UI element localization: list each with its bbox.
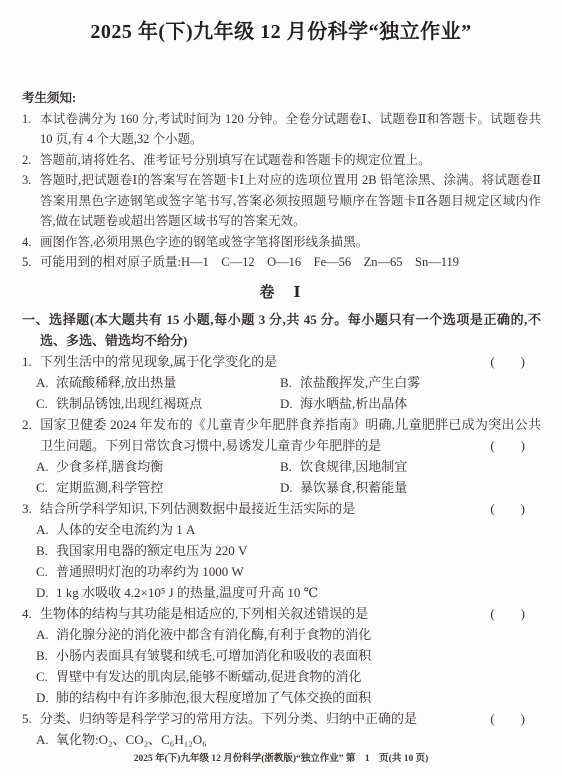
option-text: 胃壁中有发达的肌肉层,能够不断蠕动,促进食物的消化 <box>56 669 362 684</box>
option-label: D. <box>280 393 300 414</box>
option-label: A. <box>36 624 56 645</box>
option-label: A. <box>36 729 56 750</box>
question-stem: 生物体的结构与其功能是相适应的,下列相关叙述错误的是 <box>40 606 368 621</box>
answer-bracket: ( ) <box>490 603 525 624</box>
notice-item-number: 2. <box>22 150 40 171</box>
option-text: 铁制品锈蚀,出现红褐斑点 <box>56 396 202 411</box>
notice-item-text: 答题时,把试题卷Ⅰ的答案写在答题卡Ⅰ上对应的选项位置用 2B 铅笔涂黑、涂满。将… <box>40 170 541 232</box>
option-label: C. <box>36 561 56 582</box>
notice-item: 3. 答题时,把试题卷Ⅰ的答案写在答题卡Ⅰ上对应的选项位置用 2B 铅笔涂黑、涂… <box>22 170 541 232</box>
option-label: D. <box>36 582 56 603</box>
option: A.人体的安全电流约为 1 A <box>36 519 541 540</box>
answer-bracket: ( ) <box>490 708 525 729</box>
question-block: 3.结合所学科学知识,下列估测数据中最接近生活实际的是 ( ) A.人体的安全电… <box>22 498 541 603</box>
option: B.小肠内表面具有皱襞和绒毛,可增加消化和吸收的表面积 <box>36 645 541 666</box>
option-text: 氧化物:O₂、CO₂、C₆H₁₂O₆ <box>56 732 207 747</box>
page-footer: 2025 年(下)九年级 12 月份科学(浙教版)“独立作业” 第 1 页(共 … <box>0 750 562 764</box>
notice-item: 2. 答题前,请将姓名、准考证号分别填写在试题卷和答题卡的规定位置上。 <box>22 150 541 171</box>
candidate-notice: 考生须知: 1. 本试卷满分为 160 分,考试时间为 120 分钟。全卷分试题… <box>22 88 541 273</box>
option-label: A. <box>36 372 56 393</box>
question-number: 4. <box>22 603 40 624</box>
notice-item-text: 画图作答,必须用黑色字迹的钢笔或签字笔将图形线条描黑。 <box>40 232 541 253</box>
option-label: B. <box>280 456 300 477</box>
option-text: 普通照明灯泡的功率约为 1000 W <box>56 564 244 579</box>
option-text: 暴饮暴食,积蓄能量 <box>300 480 407 495</box>
question-stem-row: 1.下列生活中的常见现象,属于化学变化的是 ( ) <box>22 351 541 372</box>
question-stem-row: 4.生物体的结构与其功能是相适应的,下列相关叙述错误的是 ( ) <box>22 603 541 624</box>
option: C.铁制品锈蚀,出现红褐斑点 <box>36 393 280 414</box>
option-text: 少食多样,膳食均衡 <box>56 459 163 474</box>
option-text: 定期监测,科学管控 <box>56 480 163 495</box>
options-grid: A.浓硫酸稀释,放出热量 B.浓盐酸挥发,产生白雾 C.铁制品锈蚀,出现红褐斑点… <box>22 372 541 414</box>
answer-bracket: ( ) <box>490 351 525 372</box>
question-number: 3. <box>22 498 40 519</box>
notice-item-number: 3. <box>22 170 40 232</box>
question-block: 4.生物体的结构与其功能是相适应的,下列相关叙述错误的是 ( ) A.消化腺分泌… <box>22 603 541 708</box>
options-list: A.人体的安全电流约为 1 A B.我国家用电器的额定电压为 220 V C.普… <box>22 519 541 603</box>
notice-item-text: 本试卷满分为 160 分,考试时间为 120 分钟。全卷分试题卷Ⅰ、试题卷Ⅱ和答… <box>40 109 541 150</box>
option-label: C. <box>36 477 56 498</box>
option-text: 海水晒盐,析出晶体 <box>300 396 407 411</box>
option-text: 小肠内表面具有皱襞和绒毛,可增加消化和吸收的表面积 <box>56 648 371 663</box>
option-label: B. <box>280 372 300 393</box>
option: A.氧化物:O₂、CO₂、C₆H₁₂O₆ <box>36 729 541 750</box>
notice-item: 5. 可能用到的相对原子质量:H—1 C—12 O—16 Fe—56 Zn—65… <box>22 252 541 273</box>
notice-item-number: 1. <box>22 109 40 150</box>
part-title: 卷 Ⅰ <box>0 281 562 302</box>
question-number: 5. <box>22 708 40 729</box>
option: C.定期监测,科学管控 <box>36 477 280 498</box>
option: B.我国家用电器的额定电压为 220 V <box>36 540 541 561</box>
question-stem: 结合所学科学知识,下列估测数据中最接近生活实际的是 <box>40 501 355 516</box>
option-text: 浓盐酸挥发,产生白雾 <box>300 375 420 390</box>
question-stem: 下列生活中的常见现象,属于化学变化的是 <box>40 354 277 369</box>
option-text: 我国家用电器的额定电压为 220 V <box>56 543 247 558</box>
question-stem: 分类、归纳等是科学学习的常用方法。下列分类、归纳中正确的是 <box>40 711 417 726</box>
option-text: 人体的安全电流约为 1 A <box>56 522 195 537</box>
option: C.胃壁中有发达的肌肉层,能够不断蠕动,促进食物的消化 <box>36 666 541 687</box>
option-text: 浓硫酸稀释,放出热量 <box>56 375 176 390</box>
page-title: 2025 年(下)九年级 12 月份科学“独立作业” <box>0 0 562 44</box>
options-list: A.消化腺分泌的消化液中都含有消化酶,有利于食物的消化 B.小肠内表面具有皱襞和… <box>22 624 541 708</box>
option-label: B. <box>36 540 56 561</box>
question-stem-row: 5.分类、归纳等是科学学习的常用方法。下列分类、归纳中正确的是 ( ) <box>22 708 541 729</box>
option-text: 1 kg 水吸收 4.2×10⁵ J 的热量,温度可升高 10 ℃ <box>56 585 318 600</box>
question-number: 1. <box>22 351 40 372</box>
question-block: 5.分类、归纳等是科学学习的常用方法。下列分类、归纳中正确的是 ( ) A.氧化… <box>22 708 541 750</box>
option-text: 消化腺分泌的消化液中都含有消化酶,有利于食物的消化 <box>56 627 371 642</box>
option-label: C. <box>36 393 56 414</box>
option-label: D. <box>36 687 56 708</box>
option-text: 饮食规律,因地制宜 <box>300 459 407 474</box>
option-text: 肺的结构中有许多肺泡,很大程度增加了气体交换的面积 <box>56 690 371 705</box>
option-label: B. <box>36 645 56 666</box>
option-label: A. <box>36 456 56 477</box>
question-block: 2.国家卫健委 2024 年发布的《儿童青少年肥胖食养指南》明确,儿童肥胖已成为… <box>22 414 541 498</box>
option: D.暴饮暴食,积蓄能量 <box>280 477 541 498</box>
question-number: 2. <box>22 414 40 435</box>
options-list: A.氧化物:O₂、CO₂、C₆H₁₂O₆ <box>22 729 541 750</box>
exam-paper-page: 2025 年(下)九年级 12 月份科学“独立作业” 考生须知: 1. 本试卷满… <box>0 0 562 776</box>
question-block: 1.下列生活中的常见现象,属于化学变化的是 ( ) A.浓硫酸稀释,放出热量 B… <box>22 351 541 414</box>
option: A.浓硫酸稀释,放出热量 <box>36 372 280 393</box>
section-heading: 一、选择题(本大题共有 15 小题,每小题 3 分,共 45 分。每小题只有一个… <box>22 309 541 351</box>
question-stem-row: 2.国家卫健委 2024 年发布的《儿童青少年肥胖食养指南》明确,儿童肥胖已成为… <box>22 414 541 456</box>
notice-heading: 考生须知: <box>22 88 541 109</box>
notice-item-number: 4. <box>22 232 40 253</box>
option: D.海水晒盐,析出晶体 <box>280 393 541 414</box>
question-stem-row: 3.结合所学科学知识,下列估测数据中最接近生活实际的是 ( ) <box>22 498 541 519</box>
notice-item: 4. 画图作答,必须用黑色字迹的钢笔或签字笔将图形线条描黑。 <box>22 232 541 253</box>
notice-item-text: 可能用到的相对原子质量:H—1 C—12 O—16 Fe—56 Zn—65 Sn… <box>40 252 541 273</box>
option: D.肺的结构中有许多肺泡,很大程度增加了气体交换的面积 <box>36 687 541 708</box>
option: B.饮食规律,因地制宜 <box>280 456 541 477</box>
notice-item: 1. 本试卷满分为 160 分,考试时间为 120 分钟。全卷分试题卷Ⅰ、试题卷… <box>22 109 541 150</box>
options-grid: A.少食多样,膳食均衡 B.饮食规律,因地制宜 C.定期监测,科学管控 D.暴饮… <box>22 456 541 498</box>
option: B.浓盐酸挥发,产生白雾 <box>280 372 541 393</box>
option: C.普通照明灯泡的功率约为 1000 W <box>36 561 541 582</box>
answer-bracket: ( ) <box>490 498 525 519</box>
notice-item-text: 答题前,请将姓名、准考证号分别填写在试题卷和答题卡的规定位置上。 <box>40 150 541 171</box>
answer-bracket: ( ) <box>490 435 525 456</box>
notice-item-number: 5. <box>22 252 40 273</box>
option-label: C. <box>36 666 56 687</box>
option: D.1 kg 水吸收 4.2×10⁵ J 的热量,温度可升高 10 ℃ <box>36 582 541 603</box>
question-stem: 国家卫健委 2024 年发布的《儿童青少年肥胖食养指南》明确,儿童肥胖已成为突出… <box>40 417 541 453</box>
option-label: A. <box>36 519 56 540</box>
option: A.少食多样,膳食均衡 <box>36 456 280 477</box>
option-label: D. <box>280 477 300 498</box>
option: A.消化腺分泌的消化液中都含有消化酶,有利于食物的消化 <box>36 624 541 645</box>
